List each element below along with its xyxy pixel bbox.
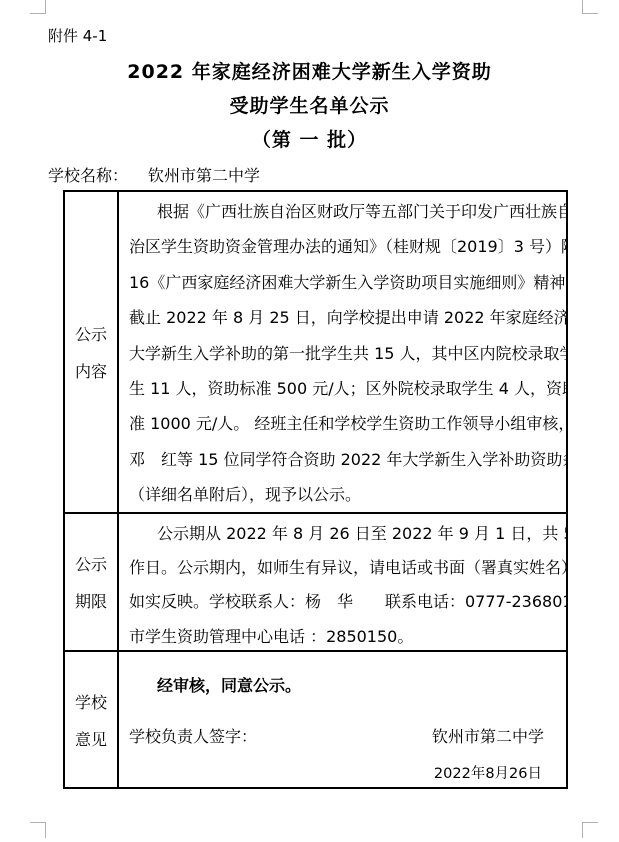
signature-school-name: 钦州市第二中学: [432, 726, 544, 748]
text-line: 邓 红等 15 位同学符合资助 2022 年大学新生入学补助资助条件: [129, 442, 558, 477]
notice-table: 公示 内容 根据《广西壮族自治区财政厅等五部门关于印发广西壮族自治区学生资助资金…: [63, 190, 568, 789]
row-label-school-opinion: 学校 意见: [65, 652, 119, 787]
text-line: 准 1000 元/人。 经班主任和学校学生资助工作领导小组审核，: [129, 406, 558, 441]
row-label-line: 意见: [75, 727, 107, 750]
title-line-1: 2022 年家庭经济困难大学新生入学资助: [0, 55, 619, 89]
text-line: 大学新生入学补助的第一批学生共 15 人，其中区内院校录取学: [129, 336, 558, 371]
opinion-statement: 经审核，同意公示。: [119, 675, 566, 697]
text-line: 治区学生资助资金管理办法的通知》（桂财规〔2019〕3 号）附: [129, 229, 558, 264]
text-line: 生 11 人，资助标准 500 元/人；区外院校录取学生 4 人，资助标: [129, 371, 558, 406]
row-label-line: 公示: [75, 552, 107, 575]
signature-label: 学校负责人签字：: [129, 726, 257, 748]
school-name-value: 钦州市第二中学: [148, 166, 260, 185]
public-content-text: 根据《广西壮族自治区财政厅等五部门关于印发广西壮族自治区学生资助资金管理办法的通…: [119, 192, 566, 512]
row-label-line: 学校: [75, 690, 107, 713]
crop-mark-top-left: [30, 0, 46, 14]
document-title: 2022 年家庭经济困难大学新生入学资助 受助学生名单公示 （第 一 批）: [0, 55, 619, 157]
school-name-label: 学校名称：: [48, 166, 128, 185]
row-label-public-period: 公示 期限: [65, 514, 119, 650]
crop-mark-bottom-left: [30, 822, 46, 838]
public-period-text: 公示期从 2022 年 8 月 26 日至 2022 年 9 月 1 日，共 5…: [119, 514, 566, 650]
row-label-line: 内容: [75, 359, 107, 382]
document-page: 附件 4-1 2022 年家庭经济困难大学新生入学资助 受助学生名单公示 （第 …: [0, 0, 619, 842]
title-line-2: 受助学生名单公示: [0, 89, 619, 123]
crop-mark-bottom-right: [582, 822, 598, 838]
crop-mark-top-right: [582, 0, 598, 14]
row-label-public-content: 公示 内容: [65, 192, 119, 512]
text-line: 市学生资助管理中心电话 ：2850150。: [129, 620, 558, 650]
signature-date: 2022年8月26日: [119, 764, 566, 784]
row-label-line: 期限: [75, 589, 107, 612]
title-line-3: （第 一 批）: [0, 123, 619, 157]
school-name-line: 学校名称：钦州市第二中学: [48, 165, 619, 186]
school-opinion-cell: 经审核，同意公示。 学校负责人签字： 钦州市第二中学 2022年8月26日: [119, 652, 566, 787]
text-line: 16《广西家庭经济困难大学新生入学资助项目实施细则》精神，: [129, 265, 558, 300]
text-line: 作日。公示期内，如师生有异议，请电话或书面（署真实姓名）: [129, 551, 558, 585]
text-line: 截止 2022 年 8 月 25 日，向学校提出申请 2022 年家庭经济困难: [129, 300, 558, 335]
attachment-label: 附件 4-1: [48, 26, 619, 46]
text-line: 公示期从 2022 年 8 月 26 日至 2022 年 9 月 1 日，共 5…: [129, 517, 558, 551]
table-row-school-opinion: 学校 意见 经审核，同意公示。 学校负责人签字： 钦州市第二中学 2022年8月…: [65, 650, 566, 787]
table-row-public-period: 公示 期限 公示期从 2022 年 8 月 26 日至 2022 年 9 月 1…: [65, 512, 566, 650]
row-label-line: 公示: [75, 322, 107, 345]
text-line: 根据《广西壮族自治区财政厅等五部门关于印发广西壮族自: [129, 194, 558, 229]
signature-row: 学校负责人签字： 钦州市第二中学: [119, 726, 566, 748]
text-line: 如实反映。学校联系人：杨 华 联系电话：0777-2368015: [129, 585, 558, 619]
table-row-public-content: 公示 内容 根据《广西壮族自治区财政厅等五部门关于印发广西壮族自治区学生资助资金…: [65, 192, 566, 512]
text-line: （详细名单附后），现予以公示。: [129, 477, 558, 512]
